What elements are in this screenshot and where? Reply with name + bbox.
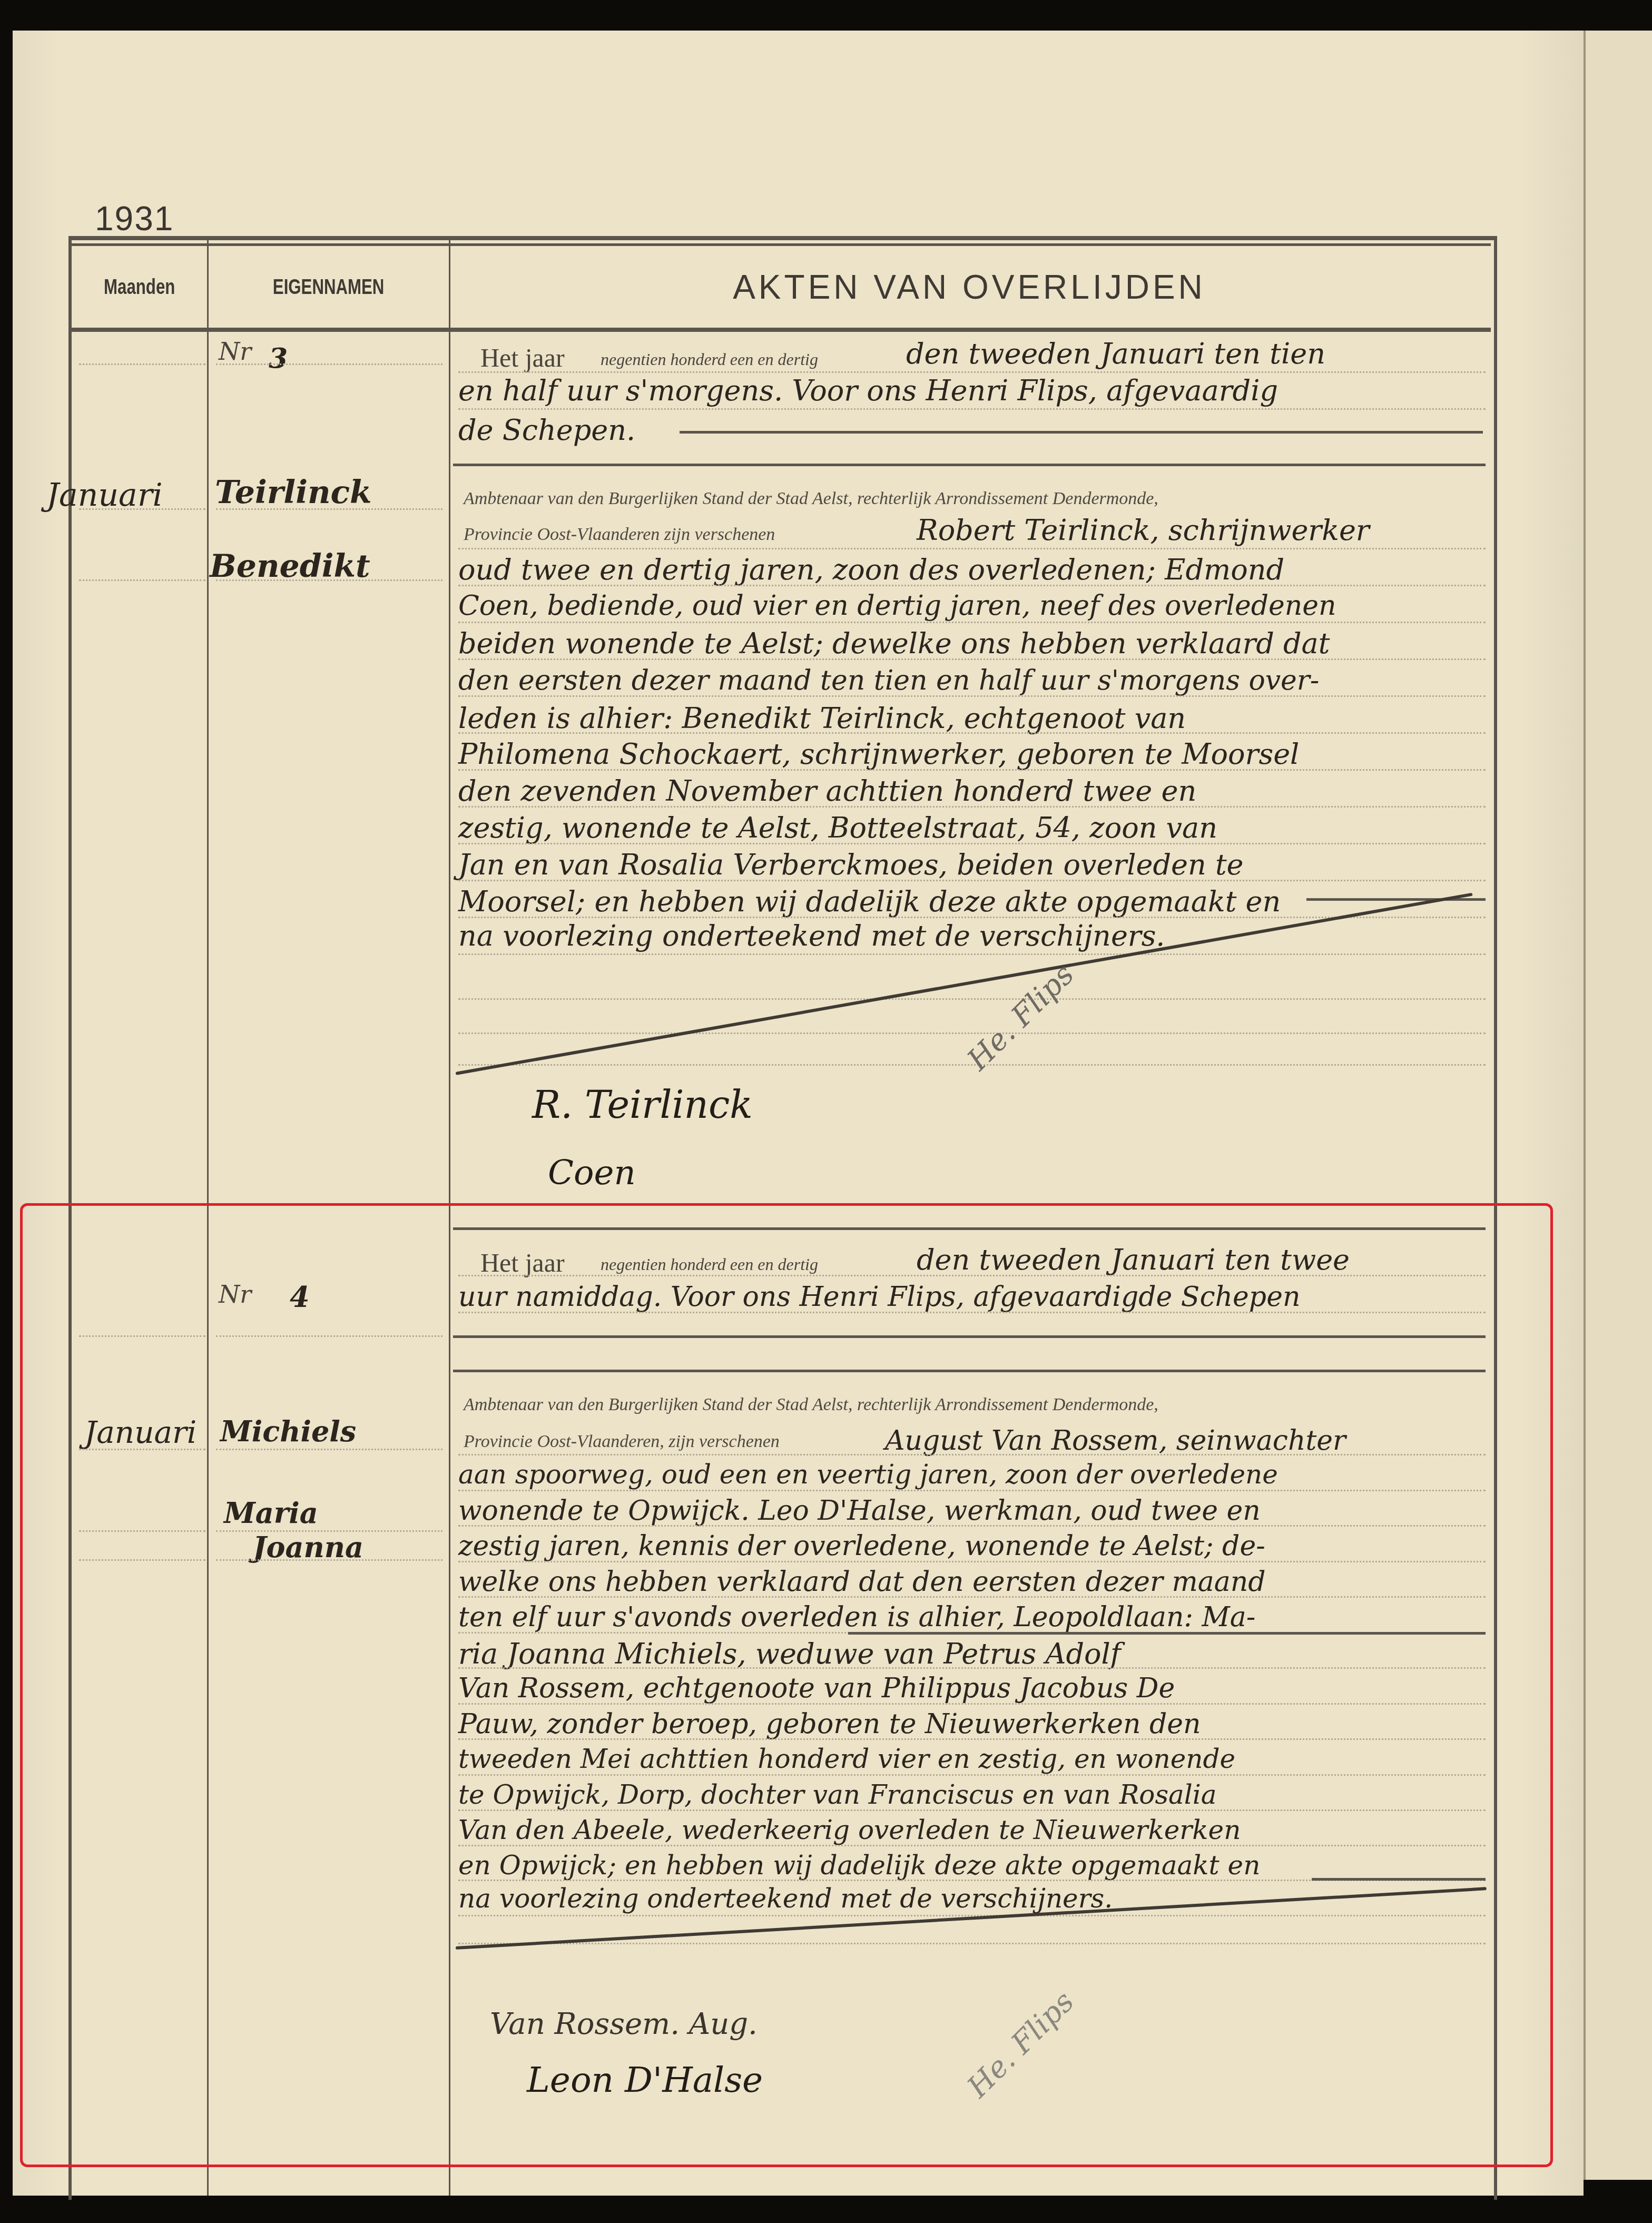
register-year: 1931 [95,199,174,238]
printed-year-words: negentien honderd een en dertig [601,350,818,369]
next-page-edge [1584,31,1652,2180]
body-line: Coen, bediende, oud vier en dertig jaren… [458,590,1336,622]
header-title: AKTEN VAN OVERLIJDEN [450,248,1488,327]
signature-witness: Coen [548,1154,636,1193]
header-months: Maanden [72,248,207,327]
section-rule [453,464,1486,466]
body-line: Moorsel; en hebben wij dadelijk deze akt… [458,885,1281,918]
body-line: leden is alhier: Benedikt Teirlinck, ech… [458,702,1186,735]
highlight-box-entry-4 [20,1203,1553,2167]
opening-line: den tweeden Januari ten tien [906,337,1325,370]
printed-provincie-line: Provincie Oost-Vlaanderen zijn verschene… [464,525,775,545]
closing-rule [680,431,1483,434]
body-line: den zevenden November achttien honderd t… [458,774,1196,808]
opening-line: de Schepen. [458,414,635,447]
entry-number-label: Nr [219,337,251,366]
opening-line: en half uur s'morgens. Voor ons Henri Fl… [458,374,1278,407]
closing-rule [1306,898,1486,901]
printed-ambtenaar-line: Ambtenaar van den Burgerlijken Stand der… [464,489,1158,509]
header-top-rule [72,243,1491,246]
body-line: den eersten dezer maand ten tien en half… [458,665,1319,696]
body-line: Jan en van Rosalia Verberckmoes, beiden … [458,848,1244,881]
body-line: oud twee en dertig jaren, zoon des overl… [458,553,1284,586]
header-names: EIGENNAMEN [209,248,449,327]
body-line: Philomena Schockaert, schrijnwerker, geb… [458,737,1299,771]
body-line: na voorlezing onderteekend met de versch… [458,919,1165,952]
entry-surname: Teirlinck [215,474,372,511]
entry-number: 3 [269,342,288,375]
signature-declarant: R. Teirlinck [532,1083,753,1127]
body-line: Robert Teirlinck, schrijnwerker [917,514,1370,547]
header-bottom-rule [72,328,1491,332]
body-line: zestig, wonende te Aelst, Botteelstraat,… [458,811,1217,844]
body-line: beiden wonende te Aelst; dewelke ons heb… [458,627,1330,660]
printed-het-jaar: Het jaar [480,342,565,373]
